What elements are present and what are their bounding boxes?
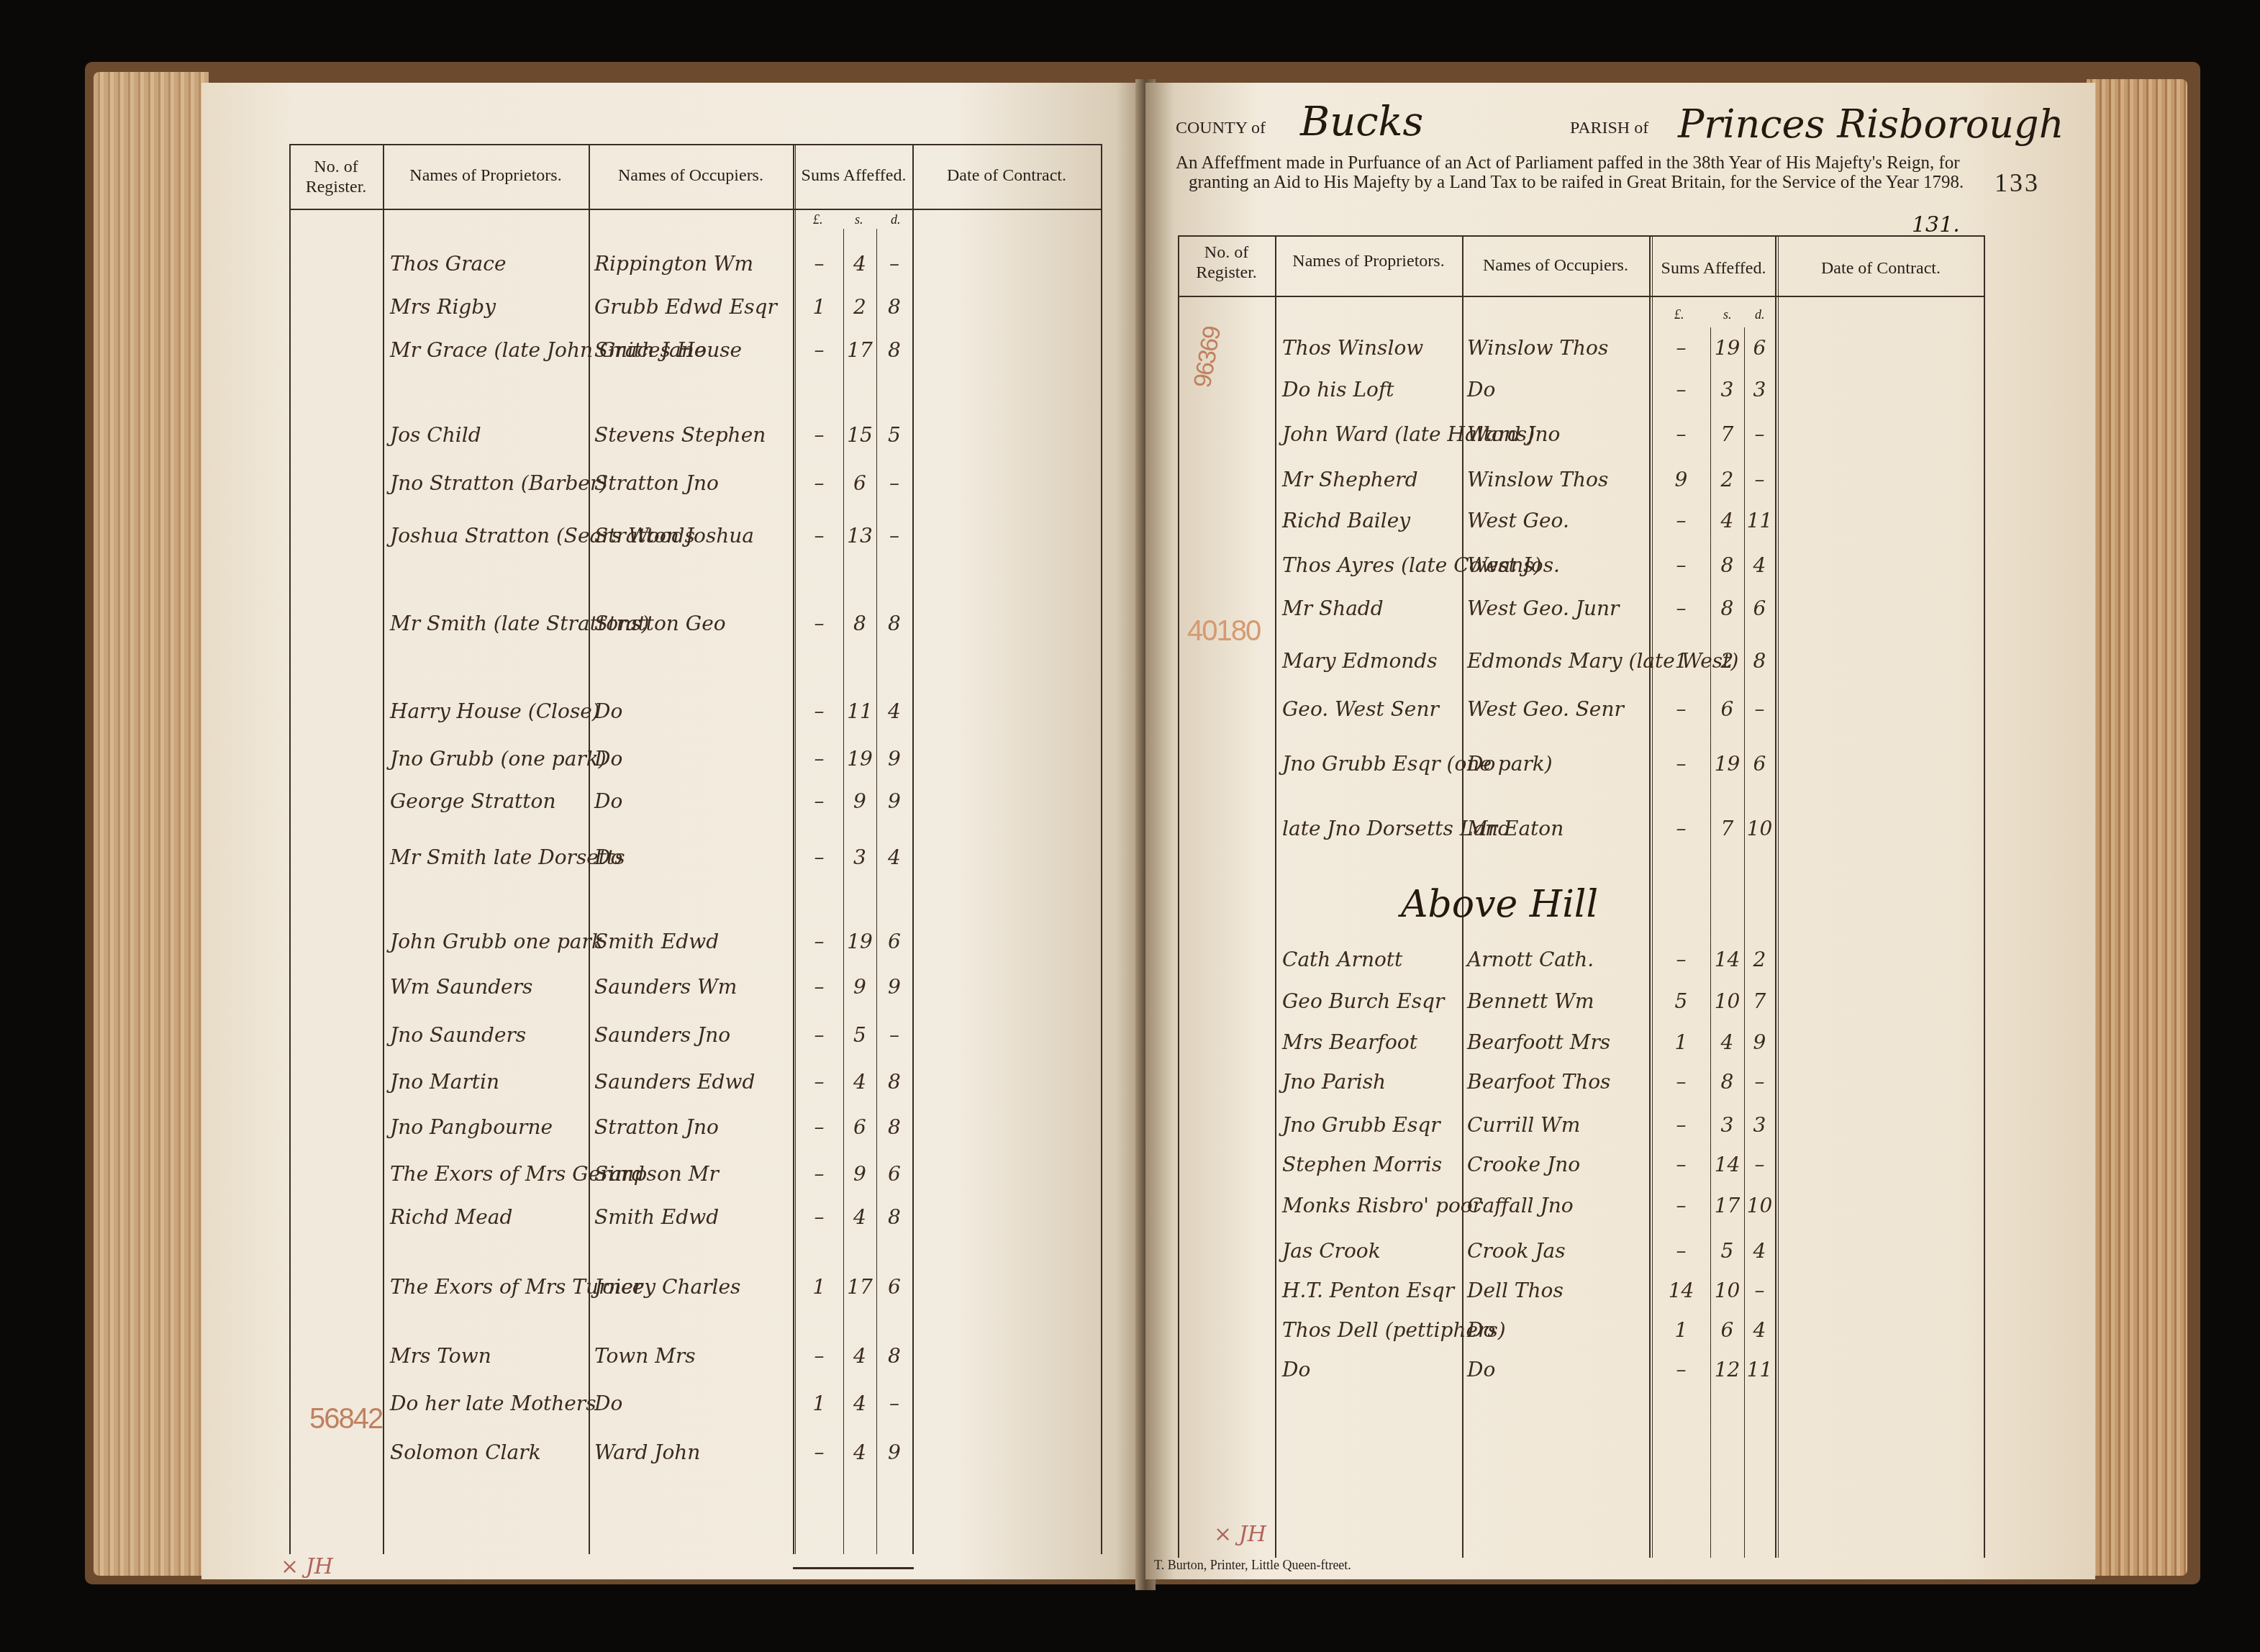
header-sums: Sums Affeffed. bbox=[1652, 258, 1775, 278]
header-register: No. of Register. bbox=[1178, 242, 1275, 283]
pounds-value: – bbox=[1652, 1113, 1710, 1137]
occupier-name: Do bbox=[1467, 1318, 1647, 1342]
pounds-value: – bbox=[795, 1440, 843, 1464]
pence-value: 4 bbox=[1744, 1318, 1775, 1342]
pence-value: 6 bbox=[876, 1162, 912, 1186]
pence-value: – bbox=[1744, 422, 1775, 446]
county-name: Bucks bbox=[1300, 99, 1423, 145]
shillings-value: 7 bbox=[1710, 422, 1744, 446]
pence-value: – bbox=[876, 471, 912, 495]
occupier-name: Do bbox=[594, 699, 792, 723]
pounds-value: – bbox=[1652, 697, 1710, 721]
pounds-value: 9 bbox=[1652, 468, 1710, 491]
shillings-value: 5 bbox=[843, 1023, 876, 1047]
pence-value: 11 bbox=[1744, 1358, 1775, 1381]
shillings-value: 4 bbox=[843, 1205, 876, 1229]
right-page-edges bbox=[2087, 79, 2187, 1576]
pence-value: 6 bbox=[876, 930, 912, 953]
pence-value: 8 bbox=[1744, 649, 1775, 673]
occupier-name: Stevens Stephen bbox=[594, 423, 792, 447]
occupier-name: Dell Thos bbox=[1467, 1279, 1647, 1302]
shillings-value: 6 bbox=[1710, 1318, 1744, 1342]
pounds-value: – bbox=[1652, 336, 1710, 360]
pounds-value: – bbox=[795, 747, 843, 771]
proprietor-name: Thos Grace bbox=[390, 252, 591, 276]
pence-value: 9 bbox=[1744, 1030, 1775, 1054]
pounds-value: – bbox=[1652, 509, 1710, 532]
pounds-value: 1 bbox=[795, 1275, 843, 1299]
right-ledger-table: No. of Register. Names of Proprietors. N… bbox=[1178, 235, 1984, 1558]
pounds-value: – bbox=[1652, 1070, 1710, 1094]
occupier-name: Edmonds Mary (late West) bbox=[1467, 649, 1647, 673]
occupier-name: West Geo. bbox=[1467, 509, 1647, 532]
printer-imprint: T. Burton, Printer, Little Queen-ftreet. bbox=[1154, 1558, 1351, 1573]
proprietor-name: Mr Smith (late Strattons) bbox=[390, 612, 591, 635]
pence-value: 5 bbox=[876, 423, 912, 447]
shillings-value: 9 bbox=[843, 975, 876, 999]
unit-shillings: s. bbox=[855, 212, 863, 227]
pence-value: 8 bbox=[876, 1070, 912, 1094]
pence-value: 2 bbox=[1744, 948, 1775, 971]
header-proprietors: Names of Proprietors. bbox=[1275, 251, 1462, 271]
pence-value: 4 bbox=[1744, 1239, 1775, 1263]
pounds-value: – bbox=[1652, 1358, 1710, 1381]
shillings-value: 8 bbox=[1710, 1070, 1744, 1094]
shillings-value: 9 bbox=[843, 789, 876, 813]
shillings-value: 3 bbox=[1710, 1113, 1744, 1137]
shillings-value: 10 bbox=[1710, 1279, 1744, 1302]
occupier-name: Smith Jane bbox=[594, 338, 792, 362]
occupier-name: Do bbox=[1467, 378, 1647, 401]
proprietor-name: Do bbox=[1282, 1358, 1462, 1381]
shillings-value: 4 bbox=[1710, 1030, 1744, 1054]
shillings-value: 6 bbox=[843, 471, 876, 495]
occupier-name: Winslow Thos bbox=[1467, 468, 1647, 491]
shillings-value: 12 bbox=[1710, 1358, 1744, 1381]
pounds-value: 1 bbox=[1652, 1030, 1710, 1054]
pence-value: 11 bbox=[1744, 509, 1775, 532]
pounds-value: – bbox=[1652, 817, 1710, 840]
pence-value: – bbox=[876, 1023, 912, 1047]
occupier-name: Saunders Edwd bbox=[594, 1070, 792, 1094]
occupier-name: Ward John bbox=[594, 1440, 792, 1464]
left-page-edges bbox=[94, 72, 209, 1576]
pounds-value: – bbox=[795, 845, 843, 869]
pence-value: 8 bbox=[876, 612, 912, 635]
header-sums: Sums Affeffed. bbox=[795, 165, 912, 186]
act-preamble: An Affeffment made in Purfuance of an Ac… bbox=[1176, 153, 1994, 192]
proprietor-name: late Jno Dorsetts Land bbox=[1282, 817, 1462, 840]
pence-value: 10 bbox=[1744, 817, 1775, 840]
pence-value: 8 bbox=[876, 1344, 912, 1368]
proprietor-name: Thos Dell (pettiphers) bbox=[1282, 1318, 1462, 1342]
shillings-value: 14 bbox=[1710, 1153, 1744, 1176]
pounds-value: – bbox=[1652, 422, 1710, 446]
unit-pence: d. bbox=[891, 212, 901, 227]
header-occupiers: Names of Occupiers. bbox=[1462, 255, 1649, 276]
proprietor-name: Wm Saunders bbox=[390, 975, 591, 999]
left-page: No. of Register. Names of Proprietors. N… bbox=[201, 83, 1144, 1579]
proprietor-name: Jno Grubb (one park) bbox=[390, 747, 591, 771]
pence-value: 8 bbox=[876, 338, 912, 362]
unit-pounds: £. bbox=[1674, 307, 1684, 322]
shillings-value: 19 bbox=[843, 930, 876, 953]
shillings-value: 4 bbox=[1710, 509, 1744, 532]
pounds-value: 1 bbox=[1652, 649, 1710, 673]
shillings-value: 19 bbox=[843, 747, 876, 771]
header-date: Date of Contract. bbox=[912, 165, 1101, 186]
shillings-value: 6 bbox=[1710, 697, 1744, 721]
pounds-value: – bbox=[1652, 1194, 1710, 1217]
proprietor-name: John Grubb one park bbox=[390, 930, 591, 953]
right-page: COUNTY of Bucks PARISH of Princes Risbor… bbox=[1145, 83, 2095, 1579]
occupier-name: Do bbox=[594, 747, 792, 771]
occupier-name: Currill Wm bbox=[1467, 1113, 1647, 1137]
shillings-value: 19 bbox=[1710, 336, 1744, 360]
proprietor-name: Cath Arnott bbox=[1282, 948, 1462, 971]
pounds-value: 5 bbox=[1652, 989, 1710, 1013]
pounds-value: – bbox=[1652, 553, 1710, 577]
shillings-value: 8 bbox=[1710, 596, 1744, 620]
pounds-value: – bbox=[1652, 752, 1710, 776]
proprietor-name: Jno Grubb Esqr (one park) bbox=[1282, 752, 1462, 776]
shillings-value: 7 bbox=[1710, 817, 1744, 840]
proprietor-name: Mr Grace (late John Graces House bbox=[390, 338, 591, 362]
occupier-name: West Jos. bbox=[1467, 553, 1647, 577]
pence-value: 10 bbox=[1744, 1194, 1775, 1217]
pounds-value: – bbox=[1652, 1153, 1710, 1176]
proprietor-name: Geo. West Senr bbox=[1282, 697, 1462, 721]
pence-value: – bbox=[1744, 1153, 1775, 1176]
proprietor-name: Mrs Town bbox=[390, 1344, 591, 1368]
pence-value: – bbox=[876, 524, 912, 548]
pence-value: 6 bbox=[876, 1275, 912, 1299]
pence-value: 6 bbox=[1744, 336, 1775, 360]
margin-register-note: 40180 bbox=[1187, 615, 1260, 648]
pence-value: 9 bbox=[876, 789, 912, 813]
shillings-value: 19 bbox=[1710, 752, 1744, 776]
occupier-name: Grubb Edwd Esqr bbox=[594, 295, 792, 319]
shillings-value: 9 bbox=[843, 1162, 876, 1186]
pounds-value: – bbox=[795, 1162, 843, 1186]
occupier-name: Do bbox=[1467, 1358, 1647, 1381]
pence-value: 7 bbox=[1744, 989, 1775, 1013]
pounds-value: – bbox=[1652, 378, 1710, 401]
header-occupiers: Names of Occupiers. bbox=[589, 165, 793, 186]
occupier-name: Town Mrs bbox=[594, 1344, 792, 1368]
proprietor-name: Do his Loft bbox=[1282, 378, 1462, 401]
proprietor-name: Mrs Bearfoot bbox=[1282, 1030, 1462, 1054]
proprietor-name: George Stratton bbox=[390, 789, 591, 813]
pounds-value: – bbox=[795, 930, 843, 953]
pence-value: – bbox=[1744, 1070, 1775, 1094]
county-label: COUNTY of bbox=[1176, 119, 1266, 138]
proprietor-name: Mrs Rigby bbox=[390, 295, 591, 319]
shillings-value: 2 bbox=[1710, 468, 1744, 491]
proprietor-name: The Exors of Mrs Turner bbox=[390, 1275, 591, 1299]
occupier-name: Saunders Jno bbox=[594, 1023, 792, 1047]
unit-shillings: s. bbox=[1723, 307, 1732, 322]
pence-value: 4 bbox=[876, 699, 912, 723]
proprietor-name: Thos Winslow bbox=[1282, 336, 1462, 360]
proprietor-name: Jas Crook bbox=[1282, 1239, 1462, 1263]
shillings-value: 2 bbox=[843, 295, 876, 319]
unit-pounds: £. bbox=[813, 212, 823, 227]
shillings-value: 5 bbox=[1710, 1239, 1744, 1263]
unit-pence: d. bbox=[1755, 307, 1765, 322]
occupier-name: Arnott Cath. bbox=[1467, 948, 1647, 971]
shillings-value: 3 bbox=[843, 845, 876, 869]
shillings-value: 2 bbox=[1710, 649, 1744, 673]
shillings-value: 6 bbox=[843, 1115, 876, 1139]
shillings-value: 13 bbox=[843, 524, 876, 548]
pencil-initials: × JH bbox=[281, 1554, 333, 1579]
occupier-name: Saunders Wm bbox=[594, 975, 792, 999]
occupier-name: Smith Edwd bbox=[594, 1205, 792, 1229]
occupier-name: Simpson Mr bbox=[594, 1162, 792, 1186]
pence-value: 9 bbox=[876, 1440, 912, 1464]
occupier-name: Crook Jas bbox=[1467, 1239, 1647, 1263]
proprietor-name: Harry House (Close) bbox=[390, 699, 591, 723]
proprietor-name: Jno Pangbourne bbox=[390, 1115, 591, 1139]
proprietor-name: Jno Martin bbox=[390, 1070, 591, 1094]
pence-value: 8 bbox=[876, 1205, 912, 1229]
occupier-name: Caffall Jno bbox=[1467, 1194, 1647, 1217]
pounds-value: – bbox=[795, 524, 843, 548]
pence-value: 6 bbox=[1744, 596, 1775, 620]
shillings-value: 11 bbox=[843, 699, 876, 723]
header-register: No. of Register. bbox=[289, 157, 383, 197]
occupier-name: Rippington Wm bbox=[594, 252, 792, 276]
pounds-value: – bbox=[795, 1023, 843, 1047]
occupier-name: Crooke Jno bbox=[1467, 1153, 1647, 1176]
parish-name: Princes Risborough bbox=[1678, 101, 2064, 147]
shillings-value: 4 bbox=[843, 1392, 876, 1415]
proprietor-name: Jno Stratton (Barber) bbox=[390, 471, 591, 495]
shillings-value: 8 bbox=[843, 612, 876, 635]
occupier-name: West Geo. Senr bbox=[1467, 697, 1647, 721]
pounds-value: – bbox=[795, 1205, 843, 1229]
pounds-value: – bbox=[795, 1115, 843, 1139]
occupier-name: Winslow Thos bbox=[1467, 336, 1647, 360]
shillings-value: 4 bbox=[843, 1344, 876, 1368]
pounds-value: – bbox=[795, 1070, 843, 1094]
proprietor-name: Mr Smith late Dorsetts bbox=[390, 845, 591, 869]
parish-label: PARISH of bbox=[1570, 119, 1648, 138]
proprietor-name: Mr Shepherd bbox=[1282, 468, 1462, 491]
pence-value: 9 bbox=[876, 747, 912, 771]
pence-value: 9 bbox=[876, 975, 912, 999]
proprietor-name: Jno Grubb Esqr bbox=[1282, 1113, 1462, 1137]
pounds-value: – bbox=[795, 471, 843, 495]
proprietor-name: John Ward (late Haltons) bbox=[1282, 422, 1462, 446]
shillings-value: 17 bbox=[1710, 1194, 1744, 1217]
pounds-value: – bbox=[795, 1344, 843, 1368]
pounds-value: – bbox=[795, 789, 843, 813]
shillings-value: 3 bbox=[1710, 378, 1744, 401]
pounds-value: – bbox=[795, 612, 843, 635]
proprietor-name: Mr Shadd bbox=[1282, 596, 1462, 620]
occupier-name: Bearfoot Thos bbox=[1467, 1070, 1647, 1094]
occupier-name: Stratton Joshua bbox=[594, 524, 792, 548]
pence-value: – bbox=[876, 1392, 912, 1415]
section-heading: Above Hill bbox=[1401, 883, 1598, 926]
shillings-value: 14 bbox=[1710, 948, 1744, 971]
pounds-value: – bbox=[795, 423, 843, 447]
proprietor-name: The Exors of Mrs Gerard bbox=[390, 1162, 591, 1186]
pence-value: 8 bbox=[876, 1115, 912, 1139]
total-rule bbox=[793, 1567, 914, 1569]
pencil-initials: × JH bbox=[1214, 1522, 1266, 1547]
pounds-value: – bbox=[795, 975, 843, 999]
pounds-value: 1 bbox=[1652, 1318, 1710, 1342]
pounds-value: – bbox=[795, 252, 843, 276]
page-number: 133 bbox=[1994, 168, 2040, 198]
shillings-value: 4 bbox=[843, 1070, 876, 1094]
proprietor-name: Do her late Mothers bbox=[390, 1392, 591, 1415]
shillings-value: 4 bbox=[843, 252, 876, 276]
proprietor-name: Solomon Clark bbox=[390, 1440, 591, 1464]
shillings-value: 8 bbox=[1710, 553, 1744, 577]
pounds-value: – bbox=[1652, 596, 1710, 620]
pence-value: – bbox=[1744, 697, 1775, 721]
pence-value: – bbox=[1744, 468, 1775, 491]
occupier-name: Do bbox=[594, 845, 792, 869]
pounds-value: 1 bbox=[795, 1392, 843, 1415]
pounds-value: – bbox=[795, 338, 843, 362]
occupier-name: Bennett Wm bbox=[1467, 989, 1647, 1013]
proprietor-name: Joshua Stratton (Sears Woods bbox=[390, 524, 591, 548]
occupier-name: Stratton Jno bbox=[594, 1115, 792, 1139]
pence-value: 3 bbox=[1744, 1113, 1775, 1137]
occupier-name: Stratton Geo bbox=[594, 612, 792, 635]
occupier-name: Do bbox=[1467, 752, 1647, 776]
pence-value: 4 bbox=[876, 845, 912, 869]
proprietor-name: H.T. Penton Esqr bbox=[1282, 1279, 1462, 1302]
proprietor-name: Jos Child bbox=[390, 423, 591, 447]
header-proprietors: Names of Proprietors. bbox=[383, 165, 589, 186]
proprietor-name: Mary Edmonds bbox=[1282, 649, 1462, 673]
proprietor-name: Jno Parish bbox=[1282, 1070, 1462, 1094]
proprietor-name: Richd Mead bbox=[390, 1205, 591, 1229]
pounds-value: – bbox=[1652, 948, 1710, 971]
proprietor-name: Monks Risbro' poor bbox=[1282, 1194, 1462, 1217]
shillings-value: 4 bbox=[843, 1440, 876, 1464]
occupier-name: Ward Jno bbox=[1467, 422, 1647, 446]
pounds-value: 1 bbox=[795, 295, 843, 319]
pence-value: 3 bbox=[1744, 378, 1775, 401]
pence-value: 6 bbox=[1744, 752, 1775, 776]
proprietor-name: Richd Bailey bbox=[1282, 509, 1462, 532]
proprietor-name: Jno Saunders bbox=[390, 1023, 591, 1047]
shillings-value: 17 bbox=[843, 1275, 876, 1299]
pounds-value: – bbox=[795, 699, 843, 723]
header-date: Date of Contract. bbox=[1778, 258, 1984, 278]
pence-value: – bbox=[876, 252, 912, 276]
occupier-name: Stratton Jno bbox=[594, 471, 792, 495]
pounds-value: 14 bbox=[1652, 1279, 1710, 1302]
margin-register-note: 56842 bbox=[309, 1403, 382, 1435]
pence-value: 4 bbox=[1744, 553, 1775, 577]
occupier-name: Do bbox=[594, 789, 792, 813]
shillings-value: 10 bbox=[1710, 989, 1744, 1013]
occupier-name: Mr Eaton bbox=[1467, 817, 1647, 840]
pence-value: 8 bbox=[876, 295, 912, 319]
handwritten-folio: 131. bbox=[1912, 212, 1960, 237]
left-ledger-table: No. of Register. Names of Proprietors. N… bbox=[289, 144, 1101, 1554]
proprietor-name: Geo Burch Esqr bbox=[1282, 989, 1462, 1013]
occupier-name: Joicey Charles bbox=[594, 1275, 792, 1299]
occupier-name: Smith Edwd bbox=[594, 930, 792, 953]
occupier-name: Do bbox=[594, 1392, 792, 1415]
pounds-value: – bbox=[1652, 1239, 1710, 1263]
shillings-value: 15 bbox=[843, 423, 876, 447]
occupier-name: West Geo. Junr bbox=[1467, 596, 1647, 620]
proprietor-name: Stephen Morris bbox=[1282, 1153, 1462, 1176]
shillings-value: 17 bbox=[843, 338, 876, 362]
proprietor-name: Thos Ayres (late Cowans) bbox=[1282, 553, 1462, 577]
pence-value: – bbox=[1744, 1279, 1775, 1302]
occupier-name: Bearfoott Mrs bbox=[1467, 1030, 1647, 1054]
